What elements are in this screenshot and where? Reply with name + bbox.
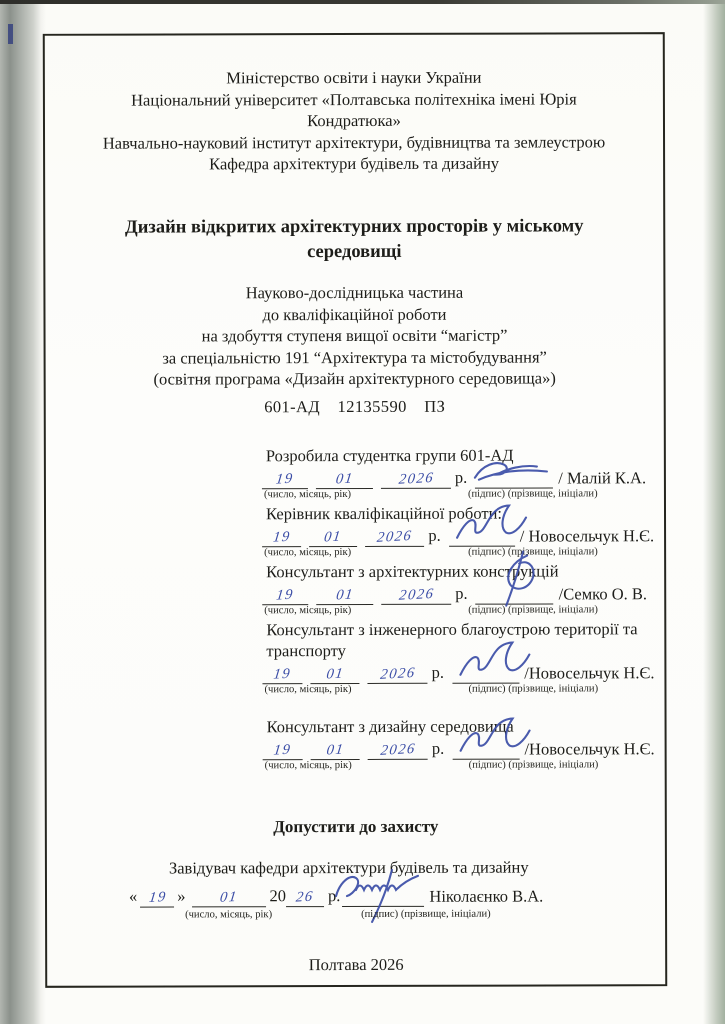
sign-hint: (підпис) (прізвище, ініціали) xyxy=(468,604,598,615)
handwritten-day: 19 xyxy=(272,665,292,685)
date-hint: (число, місяць, рік) xyxy=(264,547,351,558)
month-field: 01 xyxy=(191,886,265,907)
signature-line: 19 01 2026 р. /Новосельчук Н.Є. xyxy=(262,660,654,684)
year-field: 2026 xyxy=(367,663,427,684)
signatures-column: Розробила студентка групи 601-АД 19 01 2… xyxy=(262,444,655,774)
subtitle-specialty: за спеціальністю 191 “Архітектура та міс… xyxy=(44,346,666,369)
field-hints: (число, місяць, рік) (підпис) (прізвище,… xyxy=(263,759,655,774)
signature-line: 19 01 2026 р. /Новосельчук Н.Є. xyxy=(263,736,655,760)
handwritten-month: 01 xyxy=(323,528,343,548)
year-field: 26 xyxy=(286,886,324,907)
signature-line: 19 01 2026 р. / Малій К.А. xyxy=(262,465,654,489)
signer-name: /Семко О. В. xyxy=(559,584,647,604)
year-abbrev: р. xyxy=(455,584,467,605)
month-field: 01 xyxy=(310,739,359,760)
date-hint: (число, місяць, рік) xyxy=(264,605,351,616)
day-field: 19 xyxy=(262,584,308,605)
handwritten-year: 2026 xyxy=(397,469,435,490)
scan-edge-top-strip xyxy=(0,0,725,4)
quote-open: « xyxy=(129,887,137,908)
signer-entry-student: Розробила студентка групи 601-АД 19 01 2… xyxy=(262,444,654,503)
subtitle-work-type: до кваліфікаційної роботи xyxy=(43,303,665,326)
handwritten-month: 01 xyxy=(219,888,239,908)
year-abbrev: р. xyxy=(432,663,444,684)
year-abbrev: р. xyxy=(428,526,440,547)
handwritten-day: 19 xyxy=(275,586,295,606)
handwritten-day: 19 xyxy=(272,741,292,761)
year-field: 2026 xyxy=(381,468,451,489)
handwritten-year: 2026 xyxy=(379,664,417,685)
signer-entry-consultant-engineering: Консультант з інженерного благоустрою те… xyxy=(262,618,654,698)
signature-field xyxy=(452,739,519,760)
day-field: 19 xyxy=(263,739,303,760)
signer-entry-consultant-design: Консультант з дизайну середовища 19 01 2… xyxy=(263,715,655,774)
page-content: Міністерство освіти і науки України Наці… xyxy=(43,32,667,988)
quote-close: » xyxy=(177,886,185,907)
sign-hint: (підпис) (прізвище, ініціали) xyxy=(469,759,599,770)
day-field: 19 xyxy=(140,886,174,907)
handwritten-month: 01 xyxy=(334,470,354,490)
signature-field xyxy=(449,526,515,547)
handwritten-year: 26 xyxy=(295,888,315,908)
signature-field xyxy=(475,467,553,488)
scan-edge-right-shadow xyxy=(703,0,725,1024)
approval-heading: Допустити до захисту xyxy=(45,816,667,838)
subtitle-program: (освітня програма «Дизайн архітектурного… xyxy=(44,367,666,390)
date-hint: (число, місяць, рік) xyxy=(185,909,272,920)
field-hints: (число, місяць, рік) (підпис) (прізвище,… xyxy=(262,683,654,698)
institute-line: Навчально-науковий інститут архітектури,… xyxy=(43,131,665,154)
signature-field xyxy=(342,886,424,907)
head-of-department-label: Завідувач кафедри архітектури будівель т… xyxy=(129,856,609,879)
field-hints: (число, місяць, рік) (підпис) (прізвище,… xyxy=(262,604,654,619)
signature-field xyxy=(476,583,554,604)
month-field: 01 xyxy=(309,526,357,547)
printed-century: 20 xyxy=(269,886,286,907)
university-line-1: Національний університет «Полтавська пол… xyxy=(43,88,665,111)
work-subtitle: Науково-дослідницька частина до кваліфік… xyxy=(43,281,665,390)
year-field: 2026 xyxy=(365,526,424,547)
signer-role-label: Консультант з інженерного благоустрою те… xyxy=(262,618,654,661)
signer-entry-supervisor: Керівник кваліфікаційної роботи: 19 01 2… xyxy=(262,502,654,561)
scan-edge-left-shadow xyxy=(0,0,46,1024)
signature-line: 19 01 2026 р. /Семко О. В. xyxy=(262,581,654,605)
scanned-title-page: Міністерство освіти і науки України Наці… xyxy=(0,0,725,1024)
signature-line: 19 01 2026 р. / Новосельчук Н.Є. xyxy=(262,523,654,547)
signer-role-label: Керівник кваліфікаційної роботи: xyxy=(262,502,654,524)
signer-name: /Новосельчук Н.Є. xyxy=(524,739,654,759)
year-abbrev: р. xyxy=(432,739,444,760)
month-field: 01 xyxy=(316,584,373,605)
signature-field xyxy=(452,663,519,684)
title-line-2: середовищі xyxy=(43,239,665,266)
subtitle-degree: на здобуття ступеня вищої освіти “магіст… xyxy=(44,324,666,347)
handwritten-month: 01 xyxy=(335,586,355,606)
scan-artifact-mark xyxy=(8,24,13,44)
sign-hint: (підпис) (прізвище, ініціали) xyxy=(468,683,598,694)
day-field: 19 xyxy=(262,663,302,684)
month-field: 01 xyxy=(310,663,359,684)
field-hints: (число, місяць, рік) (підпис) (прізвище,… xyxy=(262,488,654,503)
handwritten-day: 19 xyxy=(275,470,295,490)
work-title: Дизайн відкритих архітектурних просторів… xyxy=(43,214,665,266)
year-field: 2026 xyxy=(367,739,427,760)
signer-name: /Новосельчук Н.Є. xyxy=(524,663,654,683)
handwritten-year: 2026 xyxy=(397,585,435,606)
sign-hint: (підпис) (прізвище, ініціали) xyxy=(361,909,491,920)
date-hint: (число, місяць, рік) xyxy=(265,760,352,771)
department-line: Кафедра архітектури будівель та дизайну xyxy=(43,152,665,175)
date-hint: (число, місяць, рік) xyxy=(264,489,351,500)
handwritten-day: 19 xyxy=(272,528,292,548)
signer-role-label: Консультант з архітектурних конструкцій xyxy=(262,560,654,582)
city-and-year: Полтава 2026 xyxy=(45,954,667,976)
field-hints: (число, місяць, рік) (підпис) (прізвище,… xyxy=(262,546,654,561)
handwritten-month: 01 xyxy=(325,665,345,685)
title-line-1: Дизайн відкритих архітектурних просторів… xyxy=(43,214,665,241)
approval-block: Завідувач кафедри архітектури будівель т… xyxy=(129,856,609,923)
day-field: 19 xyxy=(262,468,308,489)
field-hints: (число, місяць, рік) (підпис) (прізвище,… xyxy=(129,908,609,923)
year-abbrev: р. xyxy=(455,468,467,489)
handwritten-year: 2026 xyxy=(376,527,414,548)
signer-role-label: Консультант з дизайну середовища xyxy=(263,715,655,737)
approver-name: Ніколаєнко В.А. xyxy=(429,887,543,907)
date-hint: (число, місяць, рік) xyxy=(264,684,351,695)
handwritten-month: 01 xyxy=(325,741,345,761)
university-line-2: Кондратюка» xyxy=(43,109,665,132)
signer-role-label: Розробила студентка групи 601-АД xyxy=(262,444,654,466)
handwritten-day: 19 xyxy=(147,888,167,908)
signer-name: / Малій К.А. xyxy=(558,468,646,488)
year-abbrev: р. xyxy=(328,886,340,907)
document-code: 601-АД 12135590 ПЗ xyxy=(44,396,666,418)
institution-header: Міністерство освіти і науки України Наці… xyxy=(43,66,665,175)
year-field: 2026 xyxy=(381,584,451,605)
day-field: 19 xyxy=(262,526,301,547)
signer-entry-consultant-constructions: Консультант з архітектурних конструкцій … xyxy=(262,560,654,619)
signer-name: / Новосельчук Н.Є. xyxy=(520,526,654,546)
month-field: 01 xyxy=(316,468,373,489)
ministry-line: Міністерство освіти і науки України xyxy=(43,66,665,89)
sign-hint: (підпис) (прізвище, ініціали) xyxy=(468,488,598,499)
approval-signature-line: « 19 » 01 20 26 р. Ніколаєнко В.А. xyxy=(129,881,609,907)
sign-hint: (підпис) (прізвище, ініціали) xyxy=(468,546,598,557)
subtitle-part: Науково-дослідницька частина xyxy=(43,281,665,304)
handwritten-year: 2026 xyxy=(379,740,417,761)
